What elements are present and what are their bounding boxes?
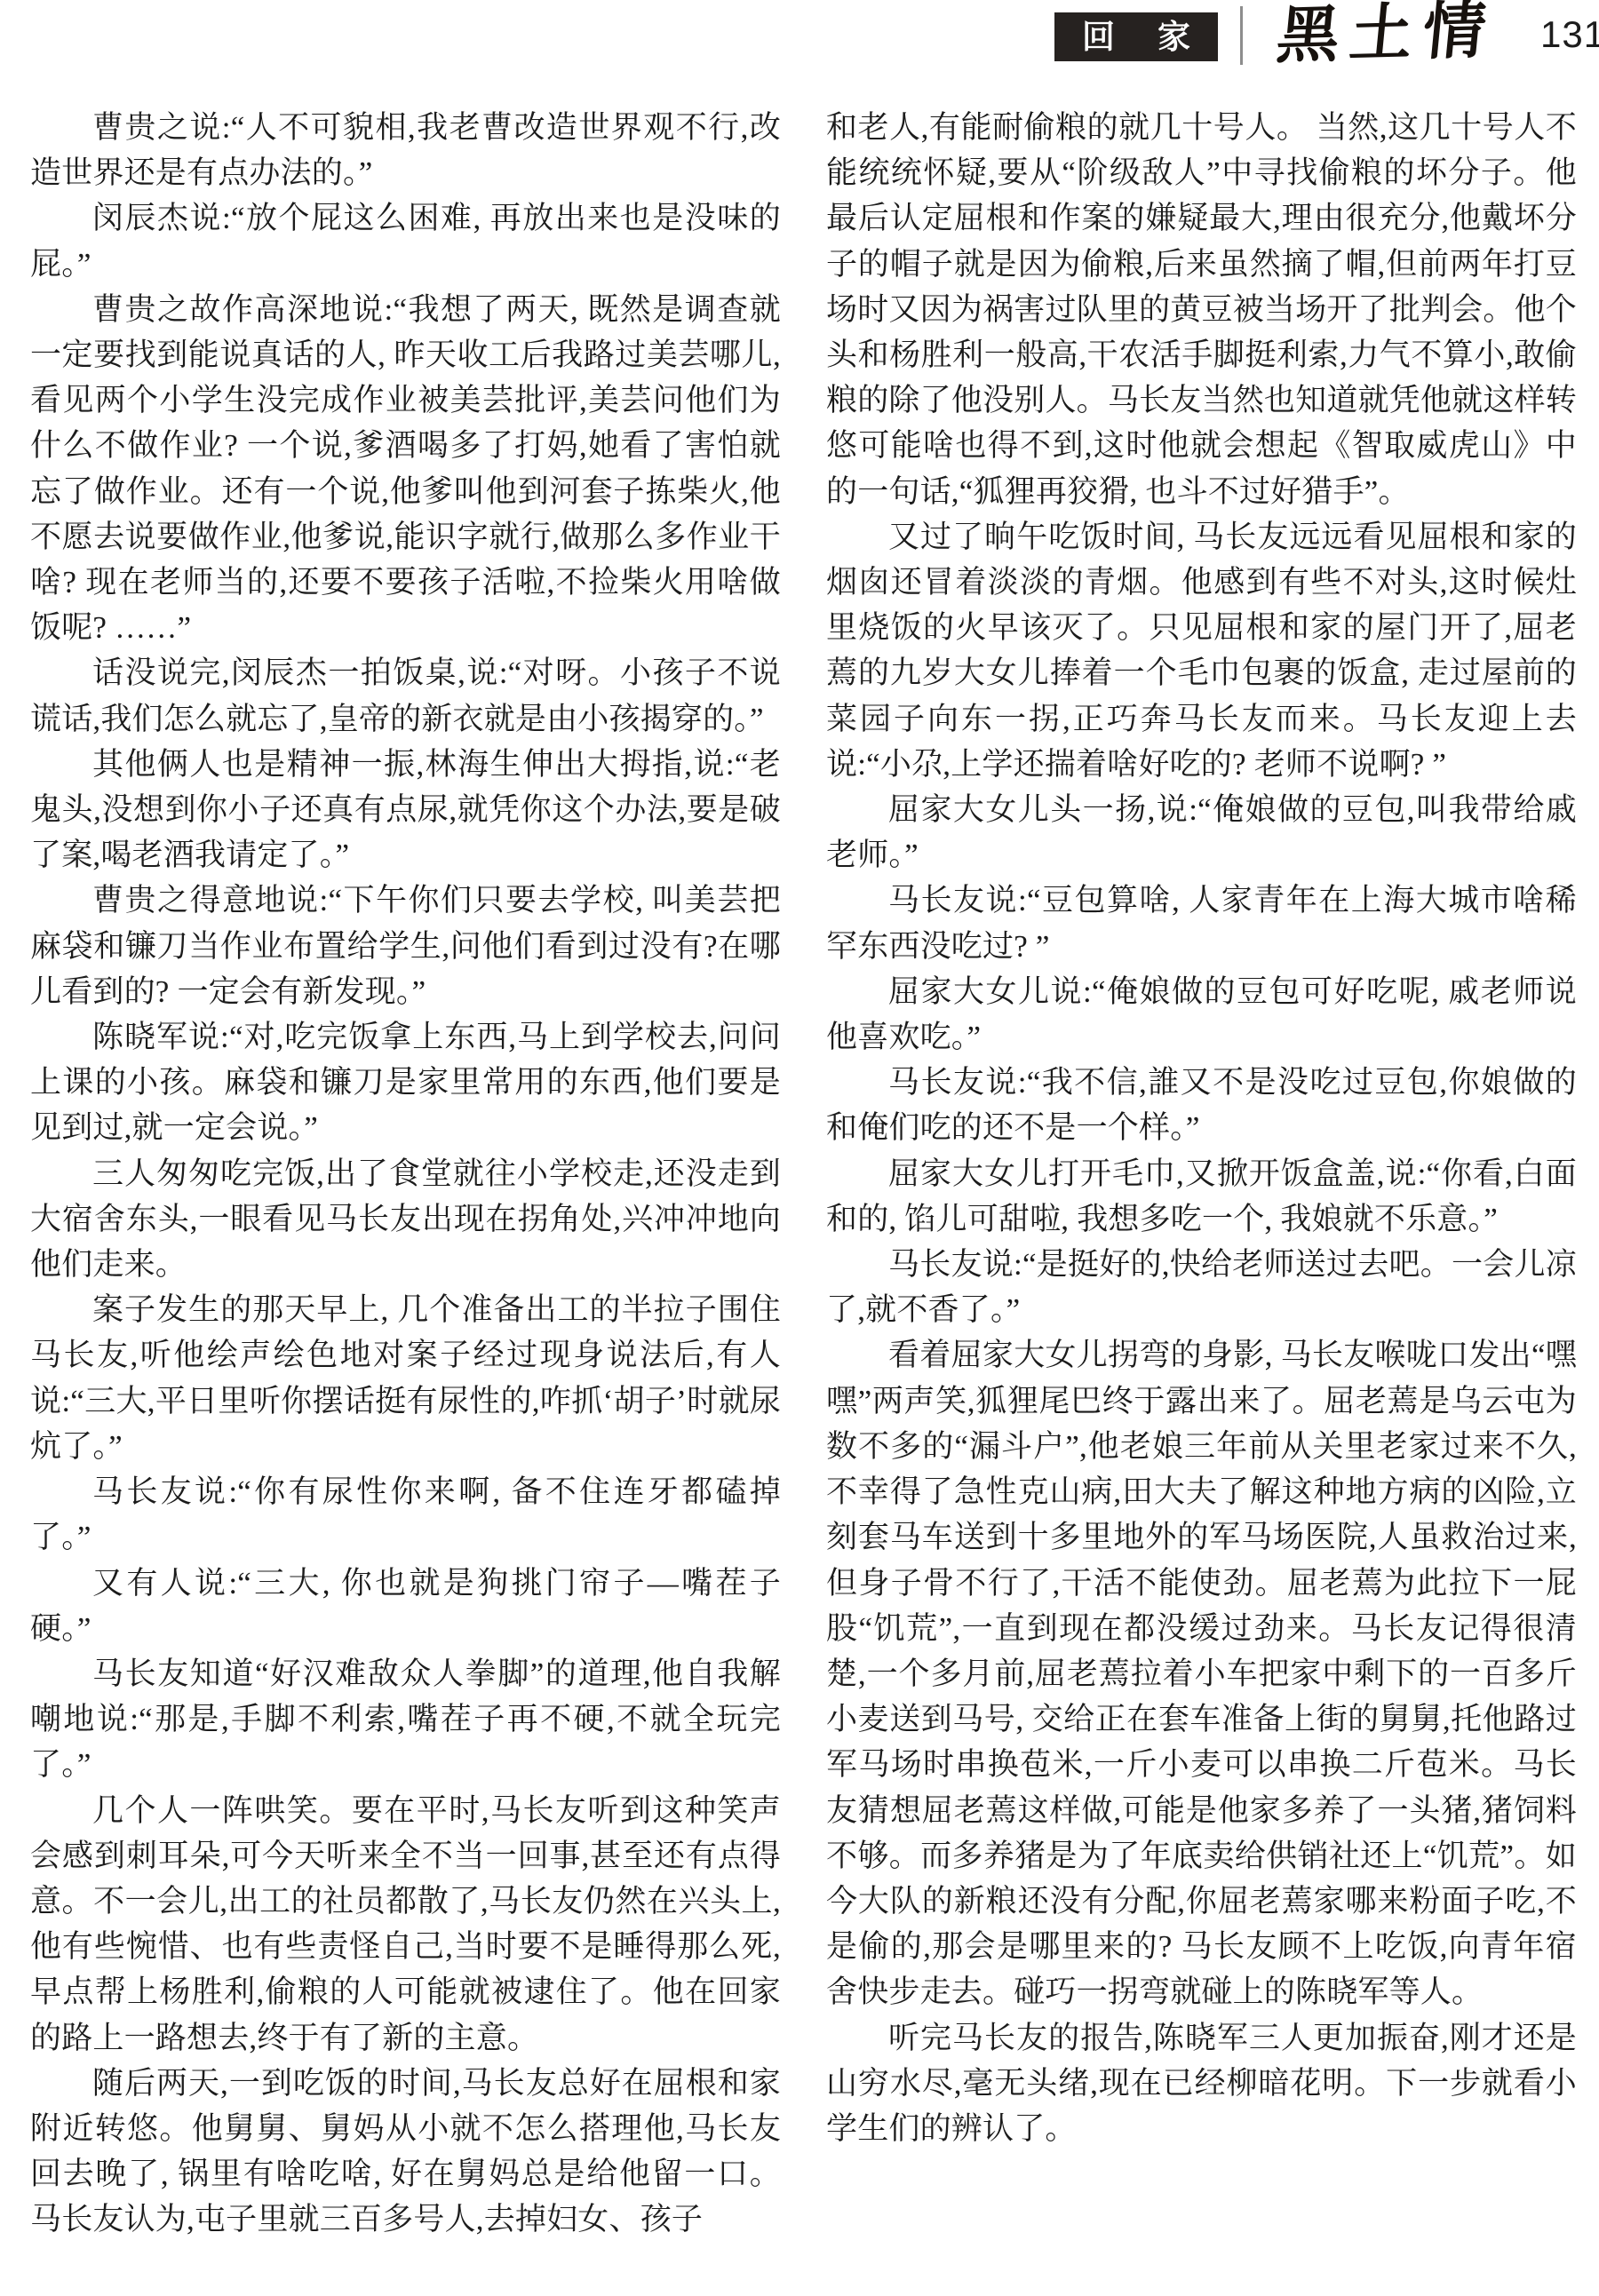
book-title-calligraphy: 黑土情: [1273, 0, 1503, 75]
chapter-title: 回家: [1082, 20, 1233, 53]
paragraph: 屈家大女儿头一扬,说:“俺娘做的豆包,叫我带给戚老师。”: [826, 787, 1577, 878]
paragraph: 几个人一阵哄笑。要在平时,马长友听到这种笑声会感到刺耳朵,可今天听来全不当一回事…: [30, 1788, 781, 2061]
paragraph: 看着屈家大女儿拐弯的身影, 马长友喉咙口发出“嘿嘿”两声笑,狐狸尾巴终于露出来了…: [826, 1332, 1577, 2014]
book-page: 回家 黑土情 131 曹贵之说:“人不可貌相,我老曹改造世界观不行,改造世界还是…: [0, 0, 1599, 2296]
right-column: 和老人,有能耐偷粮的就几十号人。 当然,这几十号人不能统统怀疑,要从“阶级敌人”…: [826, 105, 1577, 2243]
paragraph: 马长友说:“你有尿性你来啊, 备不住连牙都磕掉了。”: [30, 1469, 781, 1560]
paragraph: 又有人说:“三大, 你也就是狗挑门帘子—嘴茬子硬。”: [30, 1561, 781, 1651]
paragraph: 马长友知道“好汉难敌众人拳脚”的道理,他自我解嘲地说:“那是,手脚不利索,嘴茬子…: [30, 1651, 781, 1788]
paragraph: 屈家大女儿说:“俺娘做的豆包可好吃呢, 戚老师说他喜欢吃。”: [826, 969, 1577, 1060]
paragraph: 马长友说:“我不信,誰又不是没吃过豆包,你娘做的和俺们吃的还不是一个样。”: [826, 1060, 1577, 1150]
paragraph: 其他俩人也是精神一振,林海生伸出大拇指,说:“老鬼头,没想到你小子还真有点尿,就…: [30, 742, 781, 878]
paragraph: 随后两天,一到吃饭的时间,马长友总好在屈根和家附近转悠。他舅舅、舅妈从小就不怎么…: [30, 2061, 781, 2243]
paragraph-continuation: 和老人,有能耐偷粮的就几十号人。 当然,这几十号人不能统统怀疑,要从“阶级敌人”…: [826, 105, 1577, 514]
paragraph: 话没说完,闵辰杰一拍饭桌,说:“对呀。小孩子不说谎话,我们怎么就忘了,皇帝的新衣…: [30, 650, 781, 741]
paragraph: 曹贵之得意地说:“下午你们只要去学校, 叫美芸把麻袋和镰刀当作业布置给学生,问他…: [30, 878, 781, 1014]
paragraph: 又过了晌午吃饭时间, 马长友远远看见屈根和家的烟囱还冒着淡淡的青烟。他感到有些不…: [826, 514, 1577, 787]
paragraph: 马长友说:“豆包算啥, 人家青年在上海大城市啥稀罕东西没吃过? ”: [826, 878, 1577, 968]
header-divider: [1240, 6, 1243, 65]
paragraph: 陈晓军说:“对,吃完饭拿上东西,马上到学校去,问问上课的小孩。麻袋和镰刀是家里常…: [30, 1014, 781, 1151]
paragraph: 屈家大女儿打开毛巾,又掀开饭盒盖,说:“你看,白面和的, 馅儿可甜啦, 我想多吃…: [826, 1151, 1577, 1242]
left-column: 曹贵之说:“人不可貌相,我老曹改造世界观不行,改造世界还是有点办法的。” 闵辰杰…: [30, 105, 781, 2243]
paragraph: 马长友说:“是挺好的,快给老师送过去吧。一会儿凉了,就不香了。”: [826, 1242, 1577, 1332]
paragraph: 闵辰杰说:“放个屁这么困难, 再放出来也是没味的屁。”: [30, 195, 781, 286]
paragraph: 案子发生的那天早上, 几个准备出工的半拉子围住马长友,听他绘声绘色地对案子经过现…: [30, 1287, 781, 1469]
text-columns: 曹贵之说:“人不可貌相,我老曹改造世界观不行,改造世界还是有点办法的。” 闵辰杰…: [30, 105, 1577, 2243]
paragraph: 三人匆匆吃完饭,出了食堂就往小学校走,还没走到大宿舍东头,一眼看见马长友出现在拐…: [30, 1151, 781, 1288]
paragraph: 曹贵之说:“人不可貌相,我老曹改造世界观不行,改造世界还是有点办法的。”: [30, 105, 781, 195]
paragraph: 曹贵之故作高深地说:“我想了两天, 既然是调查就一定要找到能说真话的人, 昨天收…: [30, 287, 781, 651]
chapter-title-box: 回家: [1054, 12, 1218, 61]
paragraph: 听完马长友的报告,陈晓军三人更加振奋,刚才还是山穷水尽,毫无头绪,现在已经柳暗花…: [826, 2015, 1577, 2152]
page-number: 131: [1540, 16, 1599, 53]
